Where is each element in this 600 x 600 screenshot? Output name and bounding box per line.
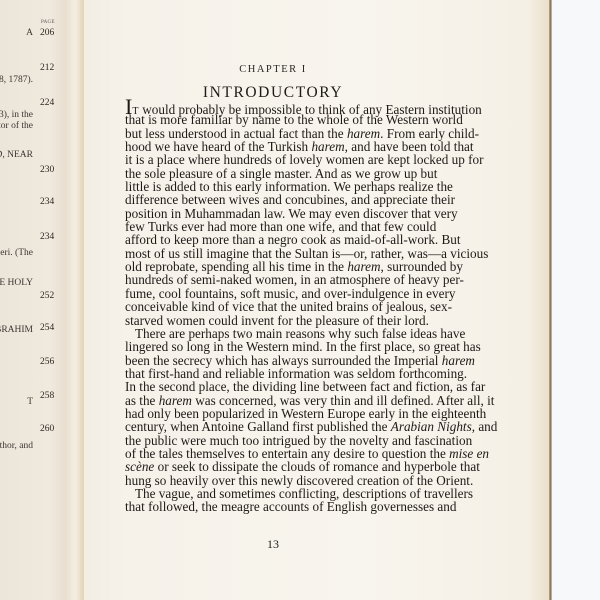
text-line: conceivable kind of vice that the united… — [125, 300, 436, 313]
toc-entry-text: AD, NEAR — [0, 150, 33, 160]
left-page-toc: PAGE A2062128, 1787).224–73), in thector… — [0, 0, 84, 600]
text-line: The vague, and sometimes conflicting, de… — [125, 487, 436, 500]
text-line: that first-hand and reliable information… — [125, 367, 436, 380]
text-line: few Turks ever had more than one wife, a… — [125, 220, 436, 233]
text-line: little is added to this early informatio… — [125, 180, 436, 193]
text-line: scène or seek to dissipate the clouds of… — [125, 460, 436, 473]
toc-entry-page: 224 — [40, 98, 54, 108]
toc-entry-page: 212 — [40, 63, 54, 73]
toc-entry-text: IBRAHIM — [0, 325, 33, 335]
toc-entry-page: 260 — [40, 424, 54, 434]
text-line: the public were much too intrigued by th… — [125, 434, 436, 447]
text-line: starved women could invent for the pleas… — [125, 314, 436, 327]
toc-entry-text: author, and — [0, 441, 33, 451]
toc-entry-page: 230 — [40, 165, 54, 175]
text-line: that followed, the meagre accounts of En… — [125, 500, 436, 513]
text-line: difference between wives and concubines,… — [125, 193, 436, 206]
text-line: had only been popularized in Western Eur… — [125, 407, 436, 420]
text-line: lingered so long in the Western mind. In… — [125, 340, 436, 353]
text-line: but less understood in actual fact than … — [125, 127, 436, 140]
toc-entry-text: T — [27, 397, 33, 407]
text-line: that is more familiar by name to the who… — [125, 113, 436, 126]
body-text: IT would probably be impossible to think… — [125, 100, 436, 514]
toc-entry-text: ctor of the — [0, 121, 33, 131]
toc-entry-page: 252 — [40, 291, 54, 301]
toc-entry-page: 258 — [40, 391, 54, 401]
text-line: IT would probably be impossible to think… — [125, 100, 436, 113]
toc-entry-page: 234 — [40, 197, 54, 207]
toc-entry-page: 234 — [40, 232, 54, 242]
toc-entry-text: iseri. (The — [0, 248, 33, 258]
text-line: hundreds of semi-naked women, in an atmo… — [125, 273, 436, 286]
toc-entry-page: 256 — [40, 357, 54, 367]
text-line: In the second place, the dividing line b… — [125, 380, 436, 393]
text-line: century, when Antoine Galland first publ… — [125, 420, 436, 433]
text-line: it is a place where hundreds of lovely w… — [125, 153, 436, 166]
toc-page-header: PAGE — [41, 20, 55, 25]
italic-term: Arabian Nights — [391, 419, 472, 434]
page-edge — [549, 0, 552, 600]
toc-entry-text: –73), in the — [0, 110, 33, 120]
toc-entry-text: 8, 1787). — [0, 75, 33, 85]
toc-entry-page: 206 — [40, 28, 54, 38]
chapter-number: CHAPTER I — [110, 64, 436, 75]
text-line: most of us still imagine that the Sultan… — [125, 247, 436, 260]
toc-entry-text: A — [26, 28, 33, 38]
toc-entry-page: 254 — [40, 323, 54, 333]
text-line: There are perhaps two main reasons why s… — [125, 327, 436, 340]
text-line: as the harem was concerned, was very thi… — [125, 394, 436, 407]
text-line: hung so heavily over this newly discover… — [125, 474, 436, 487]
text-line: of the tales themselves to entertain any… — [125, 447, 436, 460]
text-line: been the secrecy which has always surrou… — [125, 354, 436, 367]
text-line: position in Muhammadan law. We may even … — [125, 207, 436, 220]
text-line: hood we have heard of the Turkish harem,… — [125, 140, 436, 153]
text-line: old reprobate, spending all his time in … — [125, 260, 436, 273]
text-line: afford to keep more than a negro cook as… — [125, 233, 436, 246]
text-line: the sole pleasure of a single master. An… — [125, 167, 436, 180]
text-line: fume, cool fountains, soft music, and ov… — [125, 287, 436, 300]
page-number: 13 — [110, 537, 436, 552]
toc-entry-text: HE HOLY — [0, 278, 33, 288]
